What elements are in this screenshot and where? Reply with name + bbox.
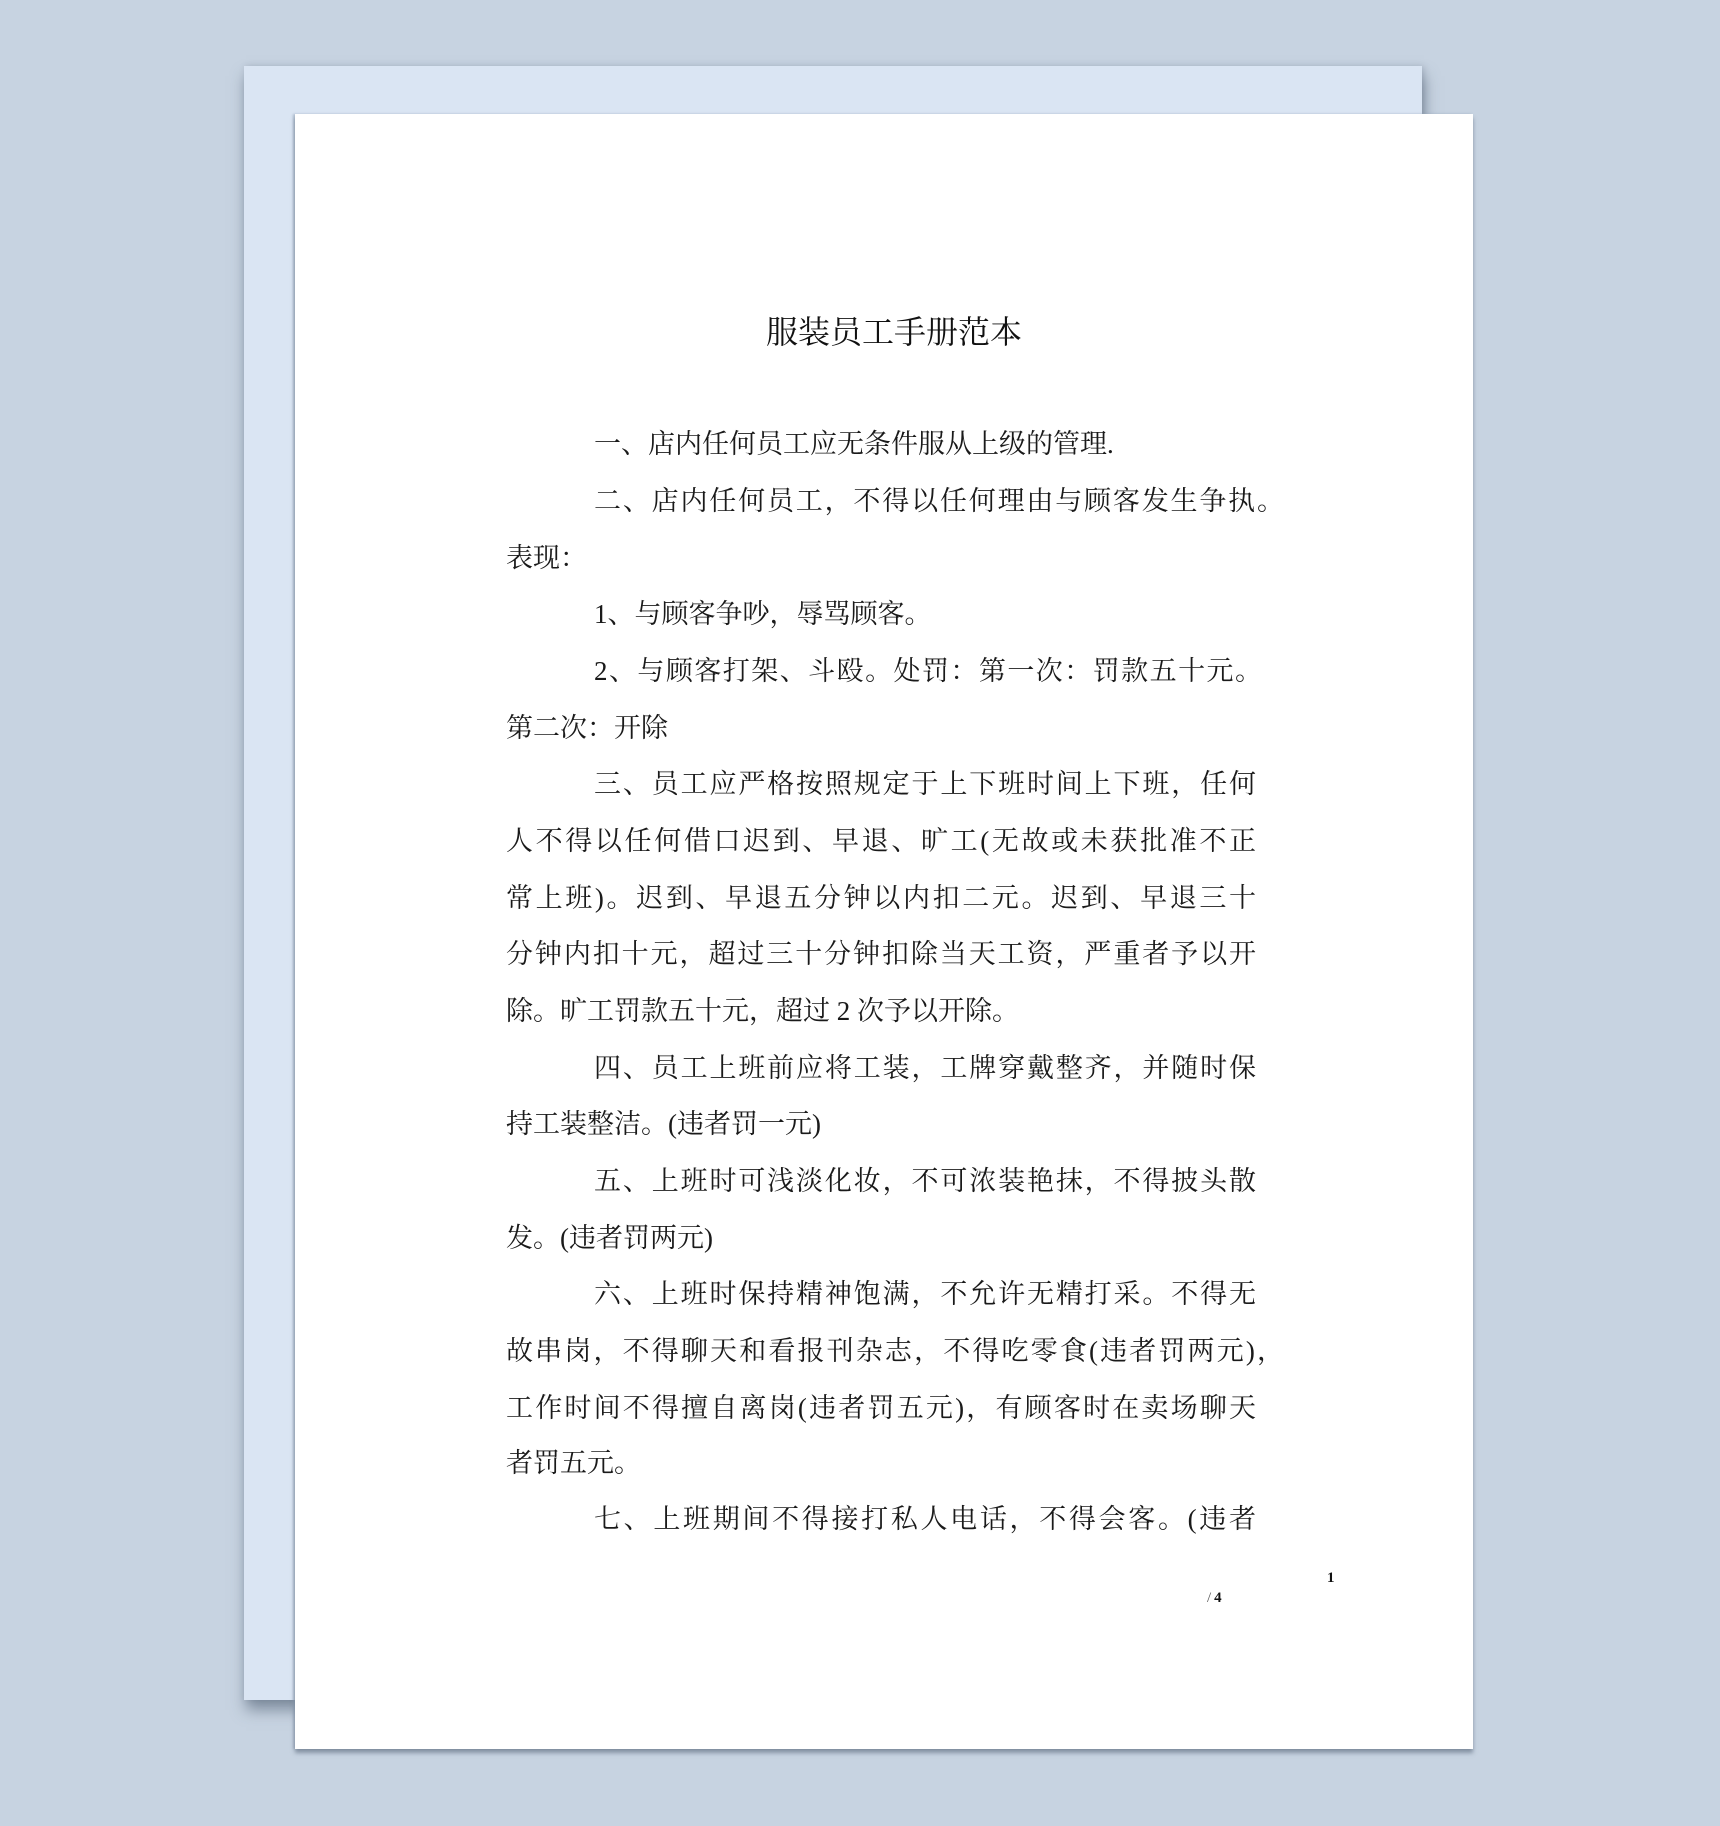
body-text-line: 人不得以任何借口迟到、早退、旷工(无故或未获批准不正 <box>506 824 1256 858</box>
body-text-line: 六、上班时保持精神饱满，不允许无精打采。不得无 <box>594 1277 1256 1311</box>
body-text-line: 1、与顾客争吵，辱骂顾客。 <box>594 597 932 631</box>
body-text-line: 持工装整洁。(违者罚一元) <box>506 1107 821 1141</box>
body-text-line: 工作时间不得擅自离岗(违者罚五元)，有顾客时在卖场聊天 <box>506 1391 1256 1425</box>
body-text-line: 分钟内扣十元，超过三十分钟扣除当天工资，严重者予以开 <box>506 937 1256 971</box>
body-text-line: 除。旷工罚款五十元，超过 2 次予以开除。 <box>506 994 1019 1028</box>
body-text-line: 三、员工应严格按照规定于上下班时间上下班，任何 <box>594 767 1256 801</box>
body-text-line: 五、上班时可浅淡化妆，不可浓装艳抹，不得披头散 <box>594 1164 1256 1198</box>
page-total: /4 <box>1207 1589 1222 1607</box>
body-text-line: 四、员工上班前应将工装，工牌穿戴整齐，并随时保 <box>594 1051 1256 1085</box>
body-text-line: 二、店内任何员工，不得以任何理由与顾客发生争执。 <box>594 484 1284 518</box>
body-text-line: 常上班)。迟到、早退五分钟以内扣二元。迟到、早退三十 <box>506 881 1256 915</box>
body-text-line: 故串岗，不得聊天和看报刊杂志，不得吃零食(违者罚两元)， <box>506 1334 1284 1368</box>
body-text-line: 第二次：开除 <box>506 711 668 745</box>
document-title: 服装员工手册范本 <box>765 312 1023 352</box>
body-text-line: 表现： <box>506 541 587 575</box>
body-text-line: 七、上班期间不得接打私人电话，不得会客。(违者 <box>594 1502 1256 1536</box>
body-text-line: 一、店内任何员工应无条件服从上级的管理. <box>594 427 1114 461</box>
body-text-line: 2、与顾客打架、斗殴。处罚：第一次：罚款五十元。 <box>594 654 1262 688</box>
page-total-value: 4 <box>1214 1590 1222 1606</box>
page-number: 1 <box>1327 1569 1335 1587</box>
page-slash: / <box>1207 1590 1211 1606</box>
body-text-line: 发。(违者罚两元) <box>506 1221 713 1255</box>
body-text-line: 者罚五元。 <box>506 1446 641 1480</box>
